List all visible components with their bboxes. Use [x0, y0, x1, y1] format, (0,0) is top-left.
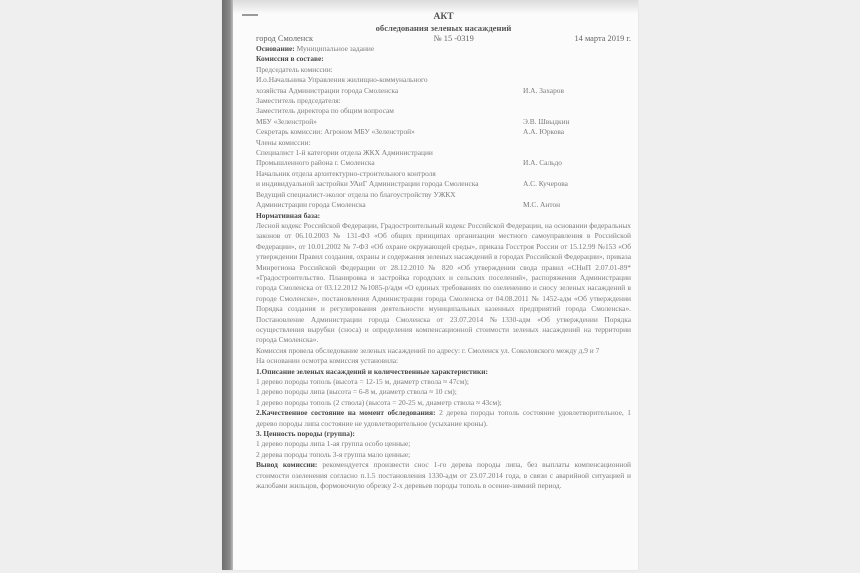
section-3-label: 3. Ценность породы (группа): [256, 429, 631, 439]
section-2: 2.Качественное состояние на момент обсле… [256, 408, 631, 429]
scanned-document-page: АКТ обследования зеленых насаждений горо… [222, 0, 638, 570]
section-1-label: 1.Описание зеленых насаждений и количест… [256, 367, 631, 377]
normative-text: Лесной кодекс Российской Федерации, Град… [256, 221, 631, 346]
conclusion: Вывод комиссии: рекомендуется произвести… [256, 460, 631, 491]
member-2-line-1: Начальник отдела архитектурно-строительн… [256, 169, 631, 179]
member-2-name: А.С. Кучерова [523, 179, 631, 189]
conclusion-label: Вывод комиссии: [256, 460, 317, 469]
section-3-item: 1 дерево породы липа 1-ая группа особо ц… [256, 439, 631, 449]
established-text: На основании осмотра комиссия установила… [256, 356, 631, 366]
act-date: 14 марта 2019 г. [574, 34, 631, 44]
document-header-row: город Смоленск № 15 -0319 14 марта 2019 … [256, 34, 631, 44]
basis-label: Основание: [256, 44, 295, 53]
member-1-row: Промышленного района г. Смоленска И.А. С… [256, 158, 631, 168]
normative-label: Нормативная база: [256, 211, 631, 221]
deputy-row: МБУ «Зеленстрой» Э.В. Швыдкин [256, 117, 631, 127]
deputy-line-2: МБУ «Зеленстрой» [256, 117, 317, 127]
act-number: № 15 -0319 [434, 34, 474, 44]
member-1-name: И.А. Сальдо [523, 158, 631, 168]
city: город Смоленск [256, 34, 313, 44]
inspection-text: Комиссия провела обследование зеленых на… [256, 346, 631, 356]
section-3-item: 2 дерева породы тополь 3-я группа мало ц… [256, 450, 631, 460]
section-1-item: 1 дерево породы тополь (2 ствола) (высот… [256, 398, 631, 408]
chair-label: Председатель комиссии: [256, 65, 631, 75]
member-3-line-2: Администрации города Смоленска [256, 200, 366, 210]
chair-name: И.А. Захаров [523, 86, 631, 96]
document-content: АКТ обследования зеленых насаждений горо… [256, 12, 631, 491]
secretary-line: Секретарь комиссии: Агроном МБУ «Зеленст… [256, 127, 415, 137]
commission-label: Комиссия в составе: [256, 54, 631, 64]
deputy-line-1: Заместитель директора по общим вопросам [256, 106, 631, 116]
member-2-row: и индивидуальной застройки УАиГ Админист… [256, 179, 631, 189]
chair-line-1: И.о.Начальника Управления жилищно-коммун… [256, 75, 631, 85]
member-3-line-1: Ведущий специалист-эколог отдела по благ… [256, 190, 631, 200]
section-1-item: 1 дерево породы тополь (высота = 12-15 м… [256, 377, 631, 387]
deputy-label: Заместитель председателя: [256, 96, 631, 106]
document-subtitle: обследования зеленых насаждений [256, 23, 631, 33]
secretary-row: Секретарь комиссии: Агроном МБУ «Зеленст… [256, 127, 631, 137]
member-1-line-1: Специалист 1-й категории отдела ЖКХ Адми… [256, 148, 631, 158]
basis-value: Муниципальное задание [295, 44, 374, 53]
basis-line: Основание: Муниципальное задание [256, 44, 631, 54]
member-3-row: Администрации города Смоленска М.С. Анто… [256, 200, 631, 210]
deputy-name: Э.В. Швыдкин [523, 117, 631, 127]
document-title: АКТ [256, 12, 631, 23]
members-label: Члены комиссии: [256, 138, 631, 148]
member-3-name: М.С. Антон [523, 200, 631, 210]
section-1-item: 1 дерево породы липа (высота = 6-8 м, ди… [256, 387, 631, 397]
chair-row: хозяйства Администрации города Смоленска… [256, 86, 631, 96]
member-2-line-2: и индивидуальной застройки УАиГ Админист… [256, 179, 479, 189]
section-2-label: 2.Качественное состояние на момент обсле… [256, 408, 436, 417]
member-1-line-2: Промышленного района г. Смоленска [256, 158, 375, 168]
secretary-name: А.А. Юркова [523, 127, 631, 137]
chair-line-2: хозяйства Администрации города Смоленска [256, 86, 398, 96]
